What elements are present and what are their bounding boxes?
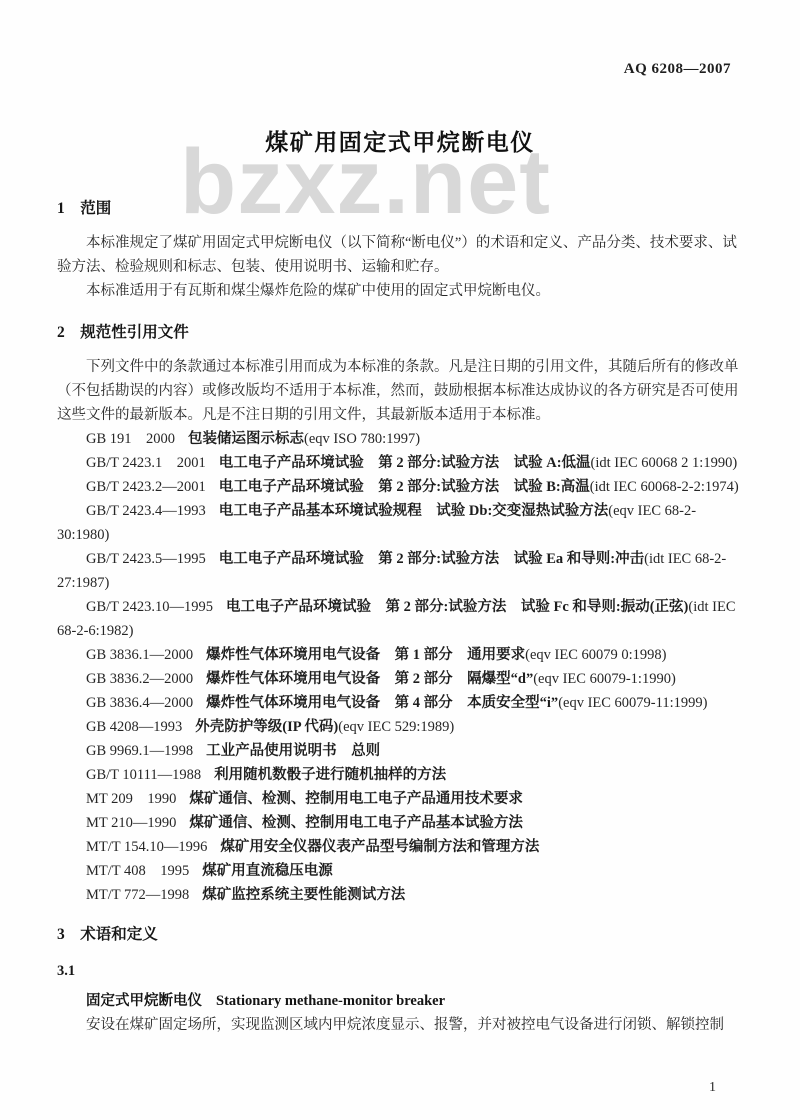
document-body: 1 范围 本标准规定了煤矿用固定式甲烷断电仪（以下简称“断电仪”）的术语和定义、…	[57, 197, 742, 1037]
term-cn: 固定式甲烷断电仪	[86, 993, 202, 1009]
reference-tail: (eqv IEC 529:1989)	[338, 719, 454, 735]
reference-item: GB/T 2423.2—2001电工电子产品环境试验 第 2 部分:试验方法 试…	[57, 475, 742, 499]
reference-title: 电工电子产品环境试验 第 2 部分:试验方法 试验 A:低温	[219, 455, 591, 471]
reference-item: GB 9969.1—1998工业产品使用说明书 总则	[57, 739, 742, 763]
reference-title: 煤矿用直流稳压电源	[202, 863, 333, 879]
reference-item: MT/T 408 1995煤矿用直流稳压电源	[57, 859, 742, 883]
section-2-heading: 2 规范性引用文件	[57, 321, 742, 345]
reference-title: 爆炸性气体环境用电气设备 第 1 部分 通用要求	[206, 647, 525, 663]
reference-code: GB/T 2423.1 2001	[86, 455, 206, 471]
reference-item: MT/T 154.10—1996煤矿用安全仪器仪表产品型号编制方法和管理方法	[57, 835, 742, 859]
section-1-heading: 1 范围	[57, 197, 742, 221]
reference-title: 煤矿通信、检测、控制用电工电子产品通用技术要求	[189, 791, 523, 807]
reference-code: MT/T 408 1995	[86, 863, 189, 879]
reference-code: GB 3836.2—2000	[86, 671, 193, 687]
standard-number: AQ 6208—2007	[624, 61, 731, 78]
reference-item: GB 3836.1—2000爆炸性气体环境用电气设备 第 1 部分 通用要求(e…	[57, 643, 742, 667]
reference-title: 煤矿通信、检测、控制用电工电子产品基本试验方法	[189, 815, 523, 831]
reference-title: 电工电子产品环境试验 第 2 部分:试验方法 试验 Fc 和导则:振动(正弦)	[226, 599, 688, 615]
reference-item: GB/T 10111—1988利用随机数骰子进行随机抽样的方法	[57, 763, 742, 787]
reference-item: GB 191 2000包装储运图示标志(eqv ISO 780:1997)	[57, 427, 742, 451]
reference-tail: (eqv IEC 60079 0:1998)	[525, 647, 666, 663]
reference-title: 爆炸性气体环境用电气设备 第 2 部分 隔爆型“d”	[206, 671, 533, 687]
section-2-intro: 下列文件中的条款通过本标准引用而成为本标准的条款。凡是注日期的引用文件，其随后所…	[57, 355, 742, 427]
term-definition: 安设在煤矿固定场所，实现监测区域内甲烷浓度显示、报警，并对被控电气设备进行闭锁、…	[57, 1013, 742, 1037]
references-list: GB 191 2000包装储运图示标志(eqv ISO 780:1997) GB…	[57, 427, 742, 907]
document-page: AQ 6208—2007 bzxz.net 煤矿用固定式甲烷断电仪 1 范围 本…	[0, 0, 800, 1120]
reference-tail: (eqv IEC 60079-11:1999)	[558, 695, 707, 711]
reference-code: GB/T 10111—1988	[86, 767, 201, 783]
reference-code: GB/T 2423.10—1995	[86, 599, 213, 615]
reference-code: GB 3836.1—2000	[86, 647, 193, 663]
document-title: 煤矿用固定式甲烷断电仪	[0, 0, 800, 157]
reference-item: MT/T 772—1998煤矿监控系统主要性能测试方法	[57, 883, 742, 907]
term-line: 固定式甲烷断电仪Stationary methane-monitor break…	[57, 989, 742, 1013]
reference-code: MT/T 154.10—1996	[86, 839, 207, 855]
reference-tail: (idt IEC 60068 2 1:1990)	[591, 455, 738, 471]
reference-item: GB/T 2423.10—1995电工电子产品环境试验 第 2 部分:试验方法 …	[57, 595, 742, 643]
term-en: Stationary methane-monitor breaker	[216, 993, 445, 1009]
section-1-paragraph: 本标准适用于有瓦斯和煤尘爆炸危险的煤矿中使用的固定式甲烷断电仪。	[57, 279, 742, 303]
reference-item: GB 4208—1993外壳防护等级(IP 代码)(eqv IEC 529:19…	[57, 715, 742, 739]
reference-item: GB/T 2423.5—1995电工电子产品环境试验 第 2 部分:试验方法 试…	[57, 547, 742, 595]
reference-title: 利用随机数骰子进行随机抽样的方法	[214, 767, 446, 783]
reference-item: GB 3836.4—2000爆炸性气体环境用电气设备 第 4 部分 本质安全型“…	[57, 691, 742, 715]
reference-code: MT/T 772—1998	[86, 887, 189, 903]
section-1-paragraph: 本标准规定了煤矿用固定式甲烷断电仪（以下简称“断电仪”）的术语和定义、产品分类、…	[57, 231, 742, 279]
reference-title: 煤矿用安全仪器仪表产品型号编制方法和管理方法	[220, 839, 539, 855]
reference-code: GB/T 2423.5—1995	[86, 551, 206, 567]
reference-item: GB/T 2423.4—1993电工电子产品基本环境试验规程 试验 Db:交变湿…	[57, 499, 742, 547]
reference-code: MT 209 1990	[86, 791, 176, 807]
section-3-heading: 3 术语和定义	[57, 923, 742, 947]
reference-item: GB/T 2423.1 2001电工电子产品环境试验 第 2 部分:试验方法 试…	[57, 451, 742, 475]
page-number: 1	[709, 1080, 716, 1096]
reference-tail: (idt IEC 60068-2-2:1974)	[590, 479, 739, 495]
reference-title: 包装储运图示标志	[188, 431, 304, 447]
reference-tail: (eqv IEC 60079-1:1990)	[533, 671, 676, 687]
reference-item: MT 209 1990煤矿通信、检测、控制用电工电子产品通用技术要求	[57, 787, 742, 811]
reference-item: MT 210—1990煤矿通信、检测、控制用电工电子产品基本试验方法	[57, 811, 742, 835]
reference-title: 爆炸性气体环境用电气设备 第 4 部分 本质安全型“i”	[206, 695, 558, 711]
reference-item: GB 3836.2—2000爆炸性气体环境用电气设备 第 2 部分 隔爆型“d”…	[57, 667, 742, 691]
reference-code: GB/T 2423.2—2001	[86, 479, 206, 495]
reference-code: GB 3836.4—2000	[86, 695, 193, 711]
reference-title: 电工电子产品环境试验 第 2 部分:试验方法 试验 B:高温	[219, 479, 590, 495]
reference-title: 电工电子产品基本环境试验规程 试验 Db:交变湿热试验方法	[219, 503, 609, 519]
reference-code: GB 9969.1—1998	[86, 743, 193, 759]
reference-title: 工业产品使用说明书 总则	[206, 743, 380, 759]
reference-title: 外壳防护等级(IP 代码)	[195, 719, 338, 735]
reference-code: GB 4208—1993	[86, 719, 182, 735]
reference-code: GB 191 2000	[86, 431, 175, 447]
reference-tail: (eqv ISO 780:1997)	[304, 431, 420, 447]
reference-title: 电工电子产品环境试验 第 2 部分:试验方法 试验 Ea 和导则:冲击	[219, 551, 644, 567]
reference-code: GB/T 2423.4—1993	[86, 503, 206, 519]
reference-title: 煤矿监控系统主要性能测试方法	[202, 887, 405, 903]
reference-code: MT 210—1990	[86, 815, 176, 831]
clause-number: 3.1	[57, 959, 742, 983]
